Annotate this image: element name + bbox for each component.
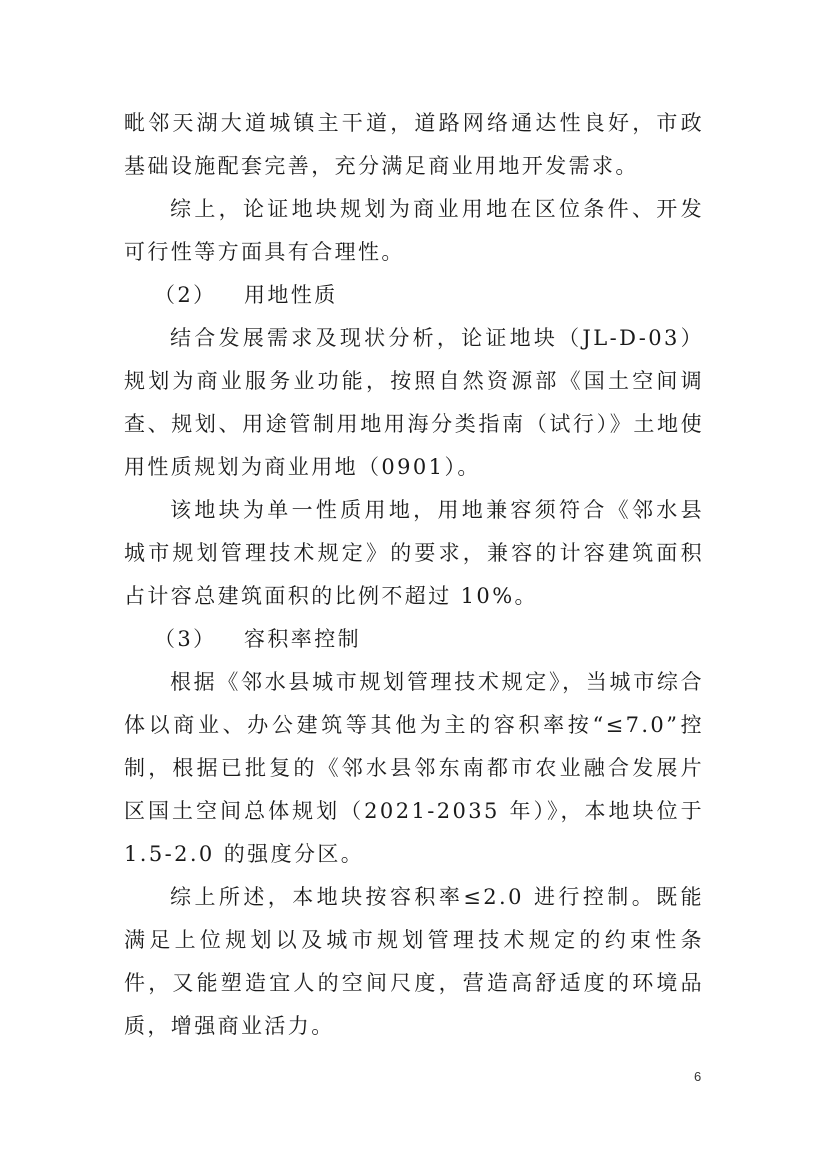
page-number: 6 <box>694 1069 701 1084</box>
section-heading-land-use: （2）用地性质 <box>124 274 704 317</box>
page-content: 毗邻天湖大道城镇主干道，道路网络通达性良好，市政基础设施配套完善，充分满足商业用… <box>124 102 704 1048</box>
heading-title: 用地性质 <box>244 283 338 307</box>
paragraph-land-use-nature: 结合发展需求及现状分析，论证地块（JL-D-03）规划为商业服务业功能，按照自然… <box>124 317 704 489</box>
paragraph-far-summary: 综上所述，本地块按容积率≤2.0 进行控制。既能满足上位规划以及城市规划管理技术… <box>124 876 704 1048</box>
paragraph-land-compatibility: 该地块为单一性质用地，用地兼容须符合《邻水县城市规划管理技术规定》的要求，兼容的… <box>124 489 704 618</box>
paragraph-continuation: 毗邻天湖大道城镇主干道，道路网络通达性良好，市政基础设施配套完善，充分满足商业用… <box>124 102 704 188</box>
document-page: 毗邻天湖大道城镇主干道，道路网络通达性良好，市政基础设施配套完善，充分满足商业用… <box>0 0 826 1169</box>
paragraph-summary-location: 综上，论证地块规划为商业用地在区位条件、开发可行性等方面具有合理性。 <box>124 188 704 274</box>
heading-number: （3） <box>154 618 244 661</box>
paragraph-far-regulation: 根据《邻水县城市规划管理技术规定》，当城市综合体以商业、办公建筑等其他为主的容积… <box>124 661 704 876</box>
heading-title: 容积率控制 <box>244 627 361 651</box>
section-heading-far-control: （3）容积率控制 <box>124 618 704 661</box>
heading-number: （2） <box>154 274 244 317</box>
